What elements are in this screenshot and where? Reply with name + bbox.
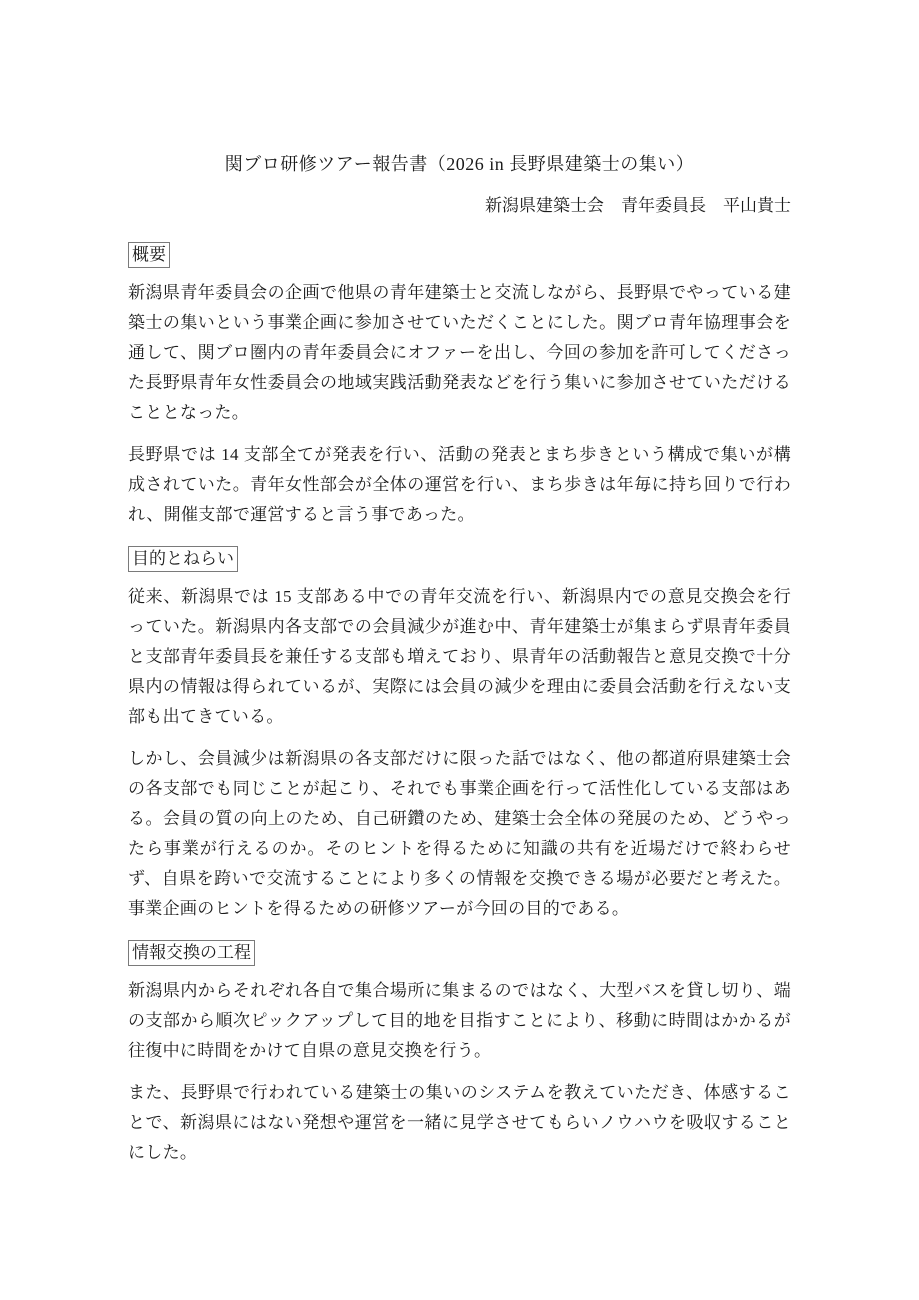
paragraph-process-1: 新潟県内からそれぞれ各自で集合場所に集まるのではなく、大型バスを貸し切り、端の支… [128, 976, 791, 1066]
section-heading-row-process: 情報交換の工程 [128, 940, 791, 966]
section-heading-purpose: 目的とねらい [128, 546, 238, 572]
paragraph-overview-2: 長野県では 14 支部全てが発表を行い、活動の発表とまち歩きという構成で集いが構… [128, 440, 791, 530]
paragraph-purpose-2: しかし、会員減少は新潟県の各支部だけに限った話ではなく、他の都道府県建築士会の各… [128, 744, 791, 924]
paragraph-process-2: また、長野県で行われている建築士の集いのシステムを教えていただき、体感することで… [128, 1078, 791, 1168]
paragraph-purpose-1: 従来、新潟県では 15 支部ある中での青年交流を行い、新潟県内での意見交換会を行… [128, 582, 791, 732]
document-title: 関ブロ研修ツアー報告書（2026 in 長野県建築士の集い） [128, 152, 791, 176]
section-heading-row-overview: 概要 [128, 242, 791, 268]
document-page: 関ブロ研修ツアー報告書（2026 in 長野県建築士の集い） 新潟県建築士会 青… [0, 0, 919, 1300]
document-byline: 新潟県建築士会 青年委員長 平山貴士 [128, 194, 791, 218]
section-heading-row-purpose: 目的とねらい [128, 546, 791, 572]
section-heading-process: 情報交換の工程 [128, 940, 255, 966]
paragraph-overview-1: 新潟県青年委員会の企画で他県の青年建築士と交流しながら、長野県でやっている建築士… [128, 278, 791, 428]
section-heading-overview: 概要 [128, 242, 170, 268]
